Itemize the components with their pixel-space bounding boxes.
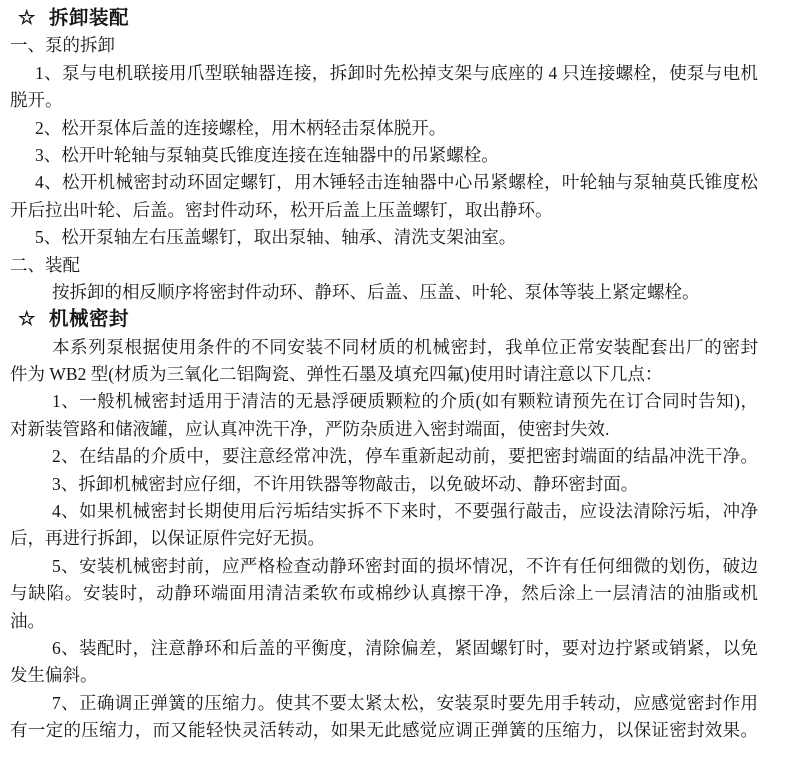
star-icon: ☆ bbox=[18, 306, 36, 333]
pump-step-2: 2、松开泵体后盖的连接螺栓，用木柄轻击泵体脱开。 bbox=[10, 115, 758, 142]
pump-step-4-line-1: 4、松开机械密封动环固定螺钉，用木锤轻击连轴器中心吊紧螺栓，叶轮轴与泵轴莫氏锥度… bbox=[10, 169, 758, 196]
subheading-assembly: 二、装配 bbox=[10, 252, 758, 279]
seal-note-5-line-2: 与缺陷。安装时，动静环端面用清洁柔软布或棉纱认真擦干净，然后涂上一层清洁的油脂或… bbox=[10, 580, 758, 607]
seal-note-1-line-1: 1、一般机械密封适用于清洁的无悬浮硬质颗粒的介质(如有颗粒请预先在订合同时告知)… bbox=[10, 388, 758, 415]
section-heading-label: 拆卸装配 bbox=[49, 5, 129, 32]
seal-note-7-line-1: 7、正确调正弹簧的压缩力。使其不要太紧太松，安装泵时要先用手转动，应感觉密封作用 bbox=[10, 690, 758, 717]
seal-note-3: 3、拆卸机械密封应仔细，不许用铁器等物敲击，以免破坏动、静环密封面。 bbox=[10, 471, 758, 498]
seal-intro-line-1: 本系列泵根据使用条件的不同安装不同材质的机械密封，我单位正常安装配套出厂的密封 bbox=[10, 334, 758, 361]
pump-step-1-line-1: 1、泵与电机联接用爪型联轴器连接，拆卸时先松掉支架与底座的 4 只连接螺栓，使泵… bbox=[10, 60, 758, 87]
document-page: ☆拆卸装配一、泵的拆卸1、泵与电机联接用爪型联轴器连接，拆卸时先松掉支架与底座的… bbox=[0, 0, 800, 781]
seal-note-2: 2、在结晶的介质中，要注意经常冲洗，停车重新起动前，要把密封端面的结晶冲洗干净。 bbox=[10, 443, 758, 470]
star-icon: ☆ bbox=[18, 5, 36, 32]
pump-step-3: 3、松开叶轮轴与泵轴莫氏锥度连接在连轴器中的吊紧螺栓。 bbox=[10, 142, 758, 169]
seal-intro-line-2: 件为 WB2 型(材质为三氧化二铝陶瓷、弹性石墨及填充四氟)使用时请注意以下几点… bbox=[10, 361, 758, 388]
seal-note-5-line-1: 5、安装机械密封前，应严格检查动静环密封面的损坏情况，不许有任何细微的划伤，破边 bbox=[10, 553, 758, 580]
pump-step-1-line-2: 脱开。 bbox=[10, 87, 758, 114]
seal-note-5-line-3: 油。 bbox=[10, 608, 758, 635]
seal-note-6-line-1: 6、装配时，注意静环和后盖的平衡度，清除偏差，紧固螺钉时，要对边拧紧或销紧，以免 bbox=[10, 635, 758, 662]
section-heading-label: 机械密封 bbox=[49, 306, 129, 333]
seal-note-1-line-2: 对新装管路和储液罐，应认真冲洗干净，严防杂质进入密封端面，使密封失效. bbox=[10, 416, 758, 443]
seal-note-4-line-2: 后，再进行拆卸，以保证原件完好无损。 bbox=[10, 525, 758, 552]
seal-note-4-line-1: 4、如果机械密封长期使用后污垢结实拆不下来时，不要强行敲击，应设法清除污垢，冲净 bbox=[10, 498, 758, 525]
assembly-paragraph: 按拆卸的相反顺序将密封件动环、静环、后盖、压盖、叶轮、泵体等装上紧定螺栓。 bbox=[10, 279, 758, 306]
subheading-pump-disassembly: 一、泵的拆卸 bbox=[10, 32, 758, 59]
seal-note-6-line-2: 发生偏斜。 bbox=[10, 662, 758, 689]
heading-mechanical-seal: ☆机械密封 bbox=[10, 306, 758, 333]
pump-step-5: 5、松开泵轴左右压盖螺钉，取出泵轴、轴承、清洗支架油室。 bbox=[10, 224, 758, 251]
pump-step-4-line-2: 开后拉出叶轮、后盖。密封件动环，松开后盖上压盖螺钉，取出静环。 bbox=[10, 197, 758, 224]
seal-note-7-line-2: 有一定的压缩力，而又能轻快灵活转动，如果无此感觉应调正弹簧的压缩力，以保证密封效… bbox=[10, 717, 758, 744]
document-body: ☆拆卸装配一、泵的拆卸1、泵与电机联接用爪型联轴器连接，拆卸时先松掉支架与底座的… bbox=[10, 5, 758, 745]
heading-disassembly-assembly: ☆拆卸装配 bbox=[10, 5, 758, 32]
